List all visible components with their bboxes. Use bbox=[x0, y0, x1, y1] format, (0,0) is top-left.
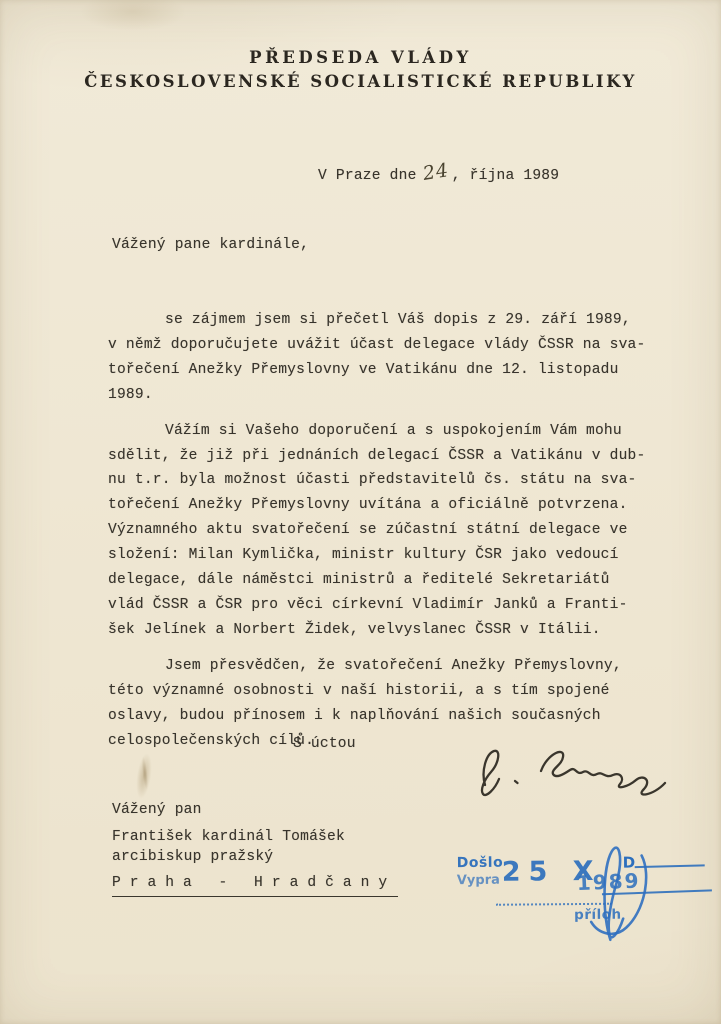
closing-salutation: S úctou bbox=[293, 736, 356, 752]
paper-stain-top bbox=[78, 0, 188, 32]
paragraph-2: Vážím si Vašeho doporučení a s uspokojen… bbox=[108, 419, 680, 643]
recipient-block: Vážený pan František kardinál Tomášek ar… bbox=[112, 802, 398, 897]
dateline-suffix: , října 1989 bbox=[452, 168, 560, 184]
stamp-received-label: Došlo bbox=[457, 855, 504, 871]
recipient-name: František kardinál Tomášek bbox=[112, 827, 398, 847]
handwritten-day: 24 bbox=[421, 159, 450, 185]
letter-page: PŘEDSEDA VLÁDY ČESKOSLOVENSKÉ SOCIALISTI… bbox=[0, 0, 721, 1024]
recipient-honorific: Vážený pan bbox=[112, 802, 398, 818]
letterhead: PŘEDSEDA VLÁDY ČESKOSLOVENSKÉ SOCIALISTI… bbox=[0, 48, 721, 91]
handwritten-signature bbox=[425, 738, 675, 816]
stamp-dispatched-label: Vypra bbox=[457, 873, 500, 888]
recipient-title: arcibiskup pražský bbox=[112, 847, 398, 867]
dateline-prefix: V Praze dne bbox=[318, 168, 417, 184]
dateline: V Praze dne24, října 1989 bbox=[318, 162, 559, 184]
recipient-city: Praha - Hradčany bbox=[112, 875, 398, 897]
paragraph-1: se zájmem jsem si přečetl Váš dopis z 29… bbox=[108, 308, 680, 408]
letterhead-subtitle: ČESKOSLOVENSKÉ SOCIALISTICKÉ REPUBLIKY bbox=[0, 72, 721, 91]
received-stamp: Došlo Vypra 25 X 1989 D příloh bbox=[450, 847, 717, 953]
salutation: Vážený pane kardinále, bbox=[112, 237, 309, 253]
handwritten-paraph bbox=[575, 839, 658, 950]
letter-body: se zájmem jsem si přečetl Váš dopis z 29… bbox=[108, 308, 680, 764]
letterhead-title: PŘEDSEDA VLÁDY bbox=[0, 48, 721, 67]
